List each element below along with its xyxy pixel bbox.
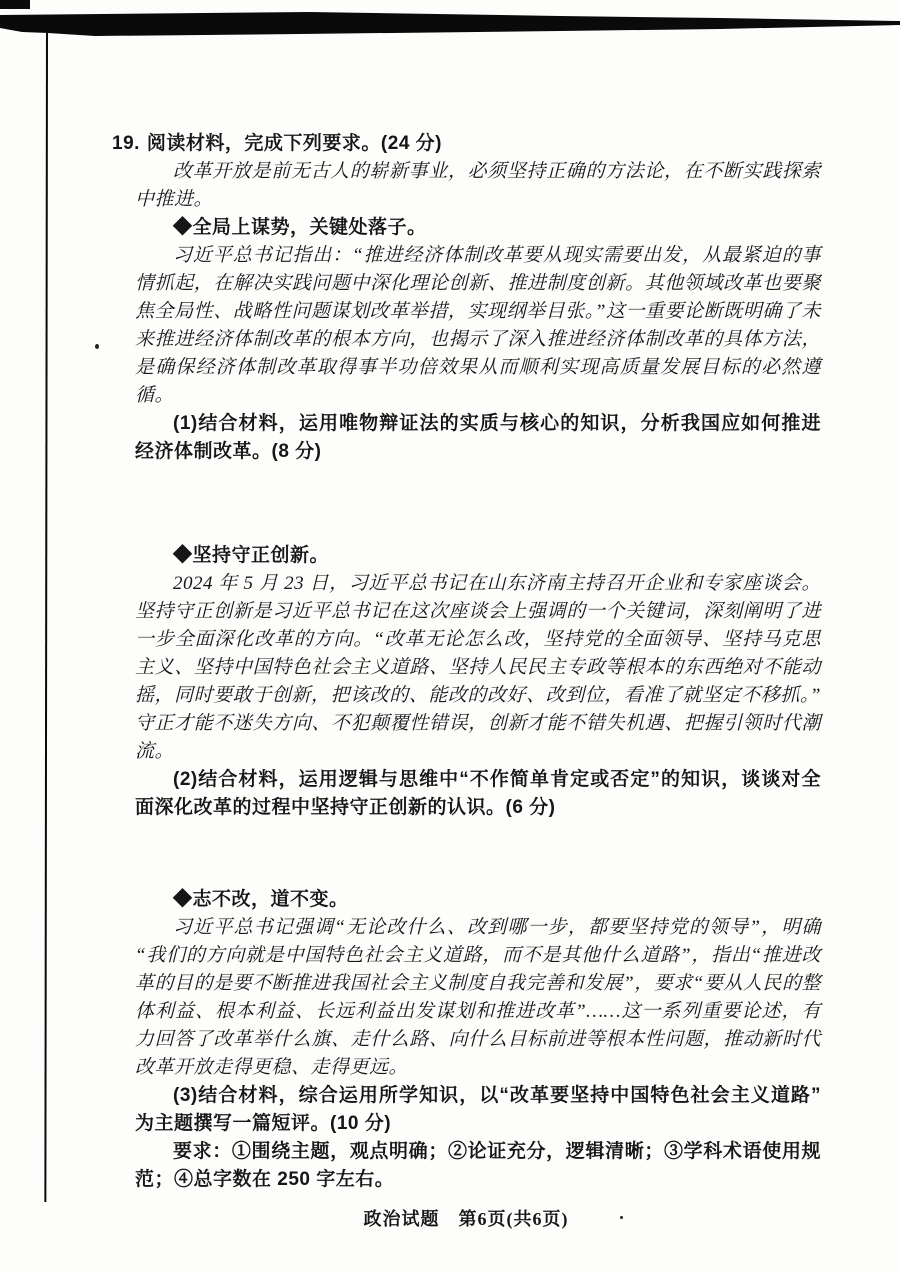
section-3-material: 习近平总书记强调“无论改什么、改到哪一步，都要坚持党的领导”，明确“我们的方向就…	[135, 914, 821, 1082]
sub-question-1: (1)结合材料，运用唯物辩证法的实质与核心的知识，分析我国应如何推进经济体制改革…	[135, 410, 821, 466]
section-1-material: 习近平总书记指出：“推进经济体制改革要从现实需要出发，从最紧迫的事情抓起，在解决…	[135, 242, 821, 410]
answer-space	[135, 822, 821, 886]
intro-paragraph: 改革开放是前无古人的崭新事业，必须坚持正确的方法论，在不断实践探索中推进。	[135, 158, 821, 214]
answer-space	[135, 466, 821, 542]
scan-artifact-top-band	[0, 0, 900, 48]
sub-question-2: (2)结合材料，运用逻辑与思维中“不作简单肯定或否定”的知识，谈谈对全面深化改革…	[135, 766, 821, 822]
question-number: 19.	[112, 133, 140, 154]
exam-page: 19.阅读材料，完成下列要求。(24 分) 改革开放是前无古人的崭新事业，必须坚…	[0, 0, 900, 1272]
section-2-heading: ◆坚持守正创新。	[135, 542, 821, 570]
scan-artifact-left-line	[44, 30, 48, 1202]
section-1-heading: ◆全局上谋势，关键处落子。	[135, 214, 821, 242]
sub-question-3: (3)结合材料，综合运用所学知识，以“改革要坚持中国特色社会主义道路”为主题撰写…	[135, 1082, 821, 1138]
question-19-lead: 19.阅读材料，完成下列要求。(24 分)	[112, 130, 821, 158]
question-lead-text: 阅读材料，完成下列要求。(24 分)	[147, 133, 442, 154]
section-2-material: 2024 年 5 月 23 日，习近平总书记在山东济南主持召开企业和专家座谈会。…	[135, 570, 821, 766]
question-19-block: 19.阅读材料，完成下列要求。(24 分) 改革开放是前无古人的崭新事业，必须坚…	[135, 130, 821, 1194]
page-footer: 政治试题 第6页(共6页)	[0, 1205, 900, 1231]
section-3-heading: ◆志不改，道不变。	[135, 886, 821, 914]
ink-speck	[95, 344, 99, 349]
sub-question-3-requirements: 要求：①围绕主题，观点明确；②论证充分，逻辑清晰；③学科术语使用规范；④总字数在…	[135, 1138, 821, 1194]
